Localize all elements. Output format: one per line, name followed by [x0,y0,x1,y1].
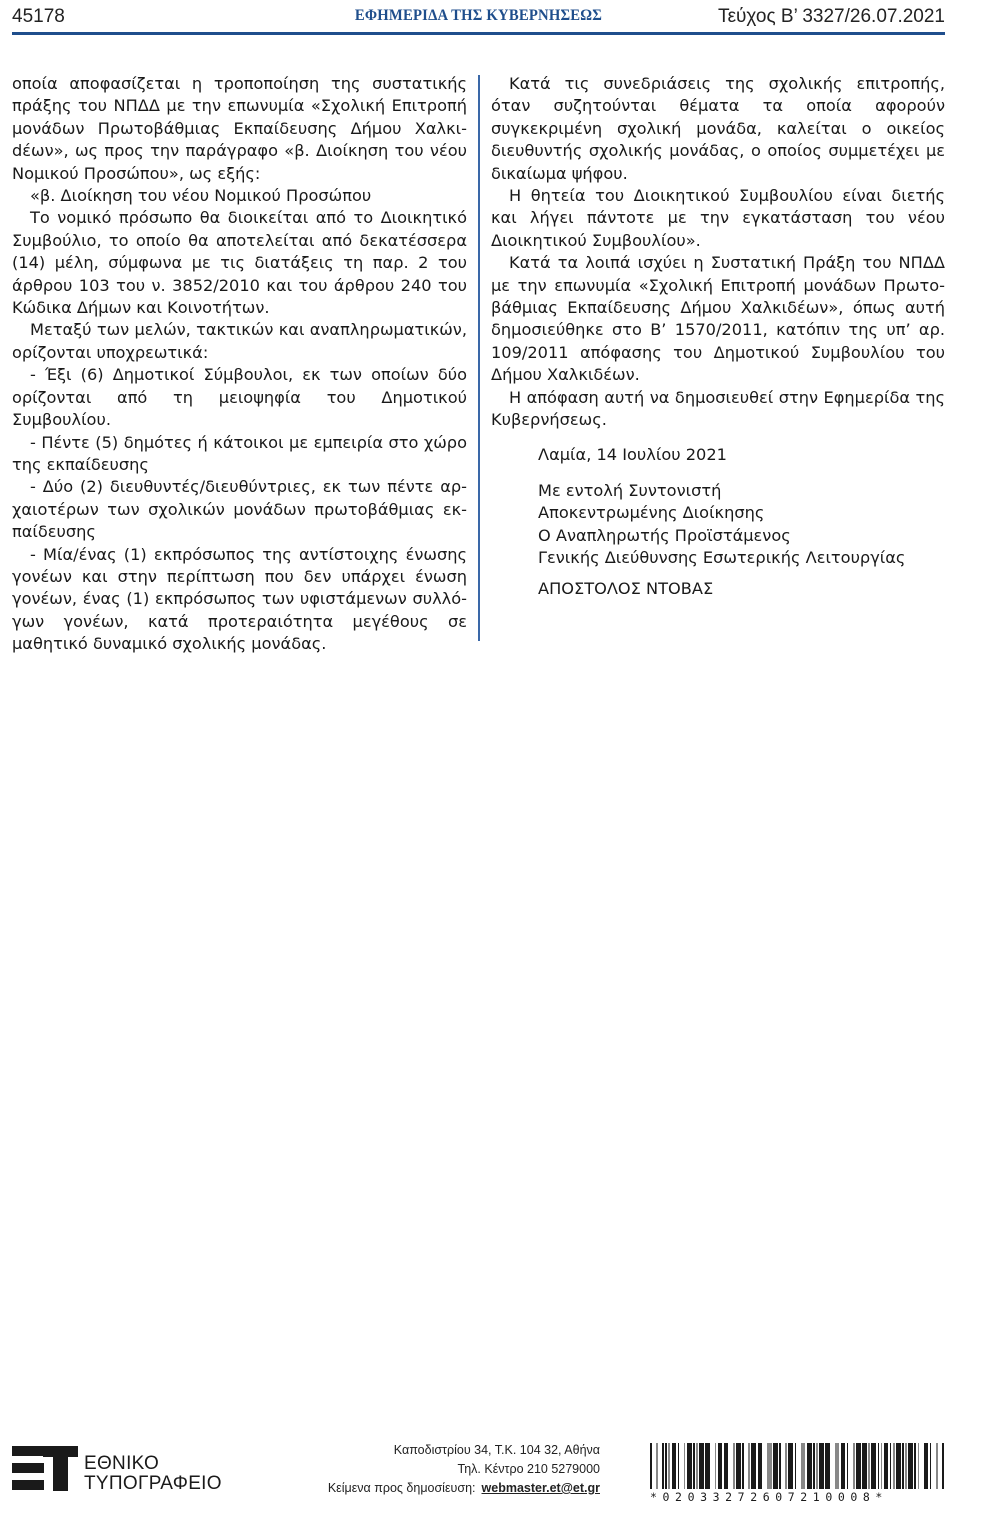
right-column: Κατά τις συνεδριάσεις της σχολικής επιτρ… [491,73,945,600]
footer-contact: Καποδιστρίου 34, Τ.Κ. 104 32, Αθήνα Τηλ.… [328,1441,600,1498]
barcode-bars-icon [650,1443,946,1489]
barcode-text: *02033272607210008* [650,1490,946,1504]
page-header: 45178 ΕΦΗΜΕΡΙΔΑ ΤΗΣ ΚΥΒΕΡΝΗΣΕΩΣ Τεύχος B… [12,0,945,36]
logo-line-1: ΕΘΝΙΚΟ [84,1454,222,1474]
paragraph: οποία αποφασίζεται η τροποποίηση της συσ… [12,73,467,185]
signature-line: Ο Αναπληρωτής Προϊστάμενος [491,525,945,547]
paragraph: Μεταξύ των μελών, τακτικών και αναπληρωμ… [12,319,467,364]
national-printing-office-logo-icon [12,1446,78,1492]
paragraph: «β. Διοίκηση του νέου Νομικού Προσώπου [12,185,467,207]
signature-line: Αποκεντρωμένης Διοίκησης [491,502,945,524]
paragraph: Κατά τις συνεδριάσεις της σχολικής επιτρ… [491,73,945,185]
paragraph: Η απόφαση αυτή να δημοσιευθεί στην Εφημε… [491,387,945,432]
paragraph: Κατά τα λοιπά ισχύει η Συστατική Πράξη τ… [491,252,945,386]
issue-number: Τεύχος B’ 3327/26.07.2021 [718,6,945,28]
list-item: - Μία/ένας (1) εκπρόσωπος της αντίστοιχη… [12,544,467,656]
paragraph: Το νομικό πρόσωπο θα διοικείται από το Δ… [12,207,467,319]
logo-text: ΕΘΝΙΚΟ ΤΥΠΟΓΡΑΦΕΙΟ [84,1454,222,1494]
logo-line-2: ΤΥΠΟΓΡΑΦΕΙΟ [84,1474,222,1494]
signature-place-date: Λαμία, 14 Ιουλίου 2021 [491,444,945,466]
signature-block: Λαμία, 14 Ιουλίου 2021 Με εντολή Συντονι… [491,444,945,600]
barcode: *02033272607210008* [650,1443,946,1503]
list-item: - Δύο (2) διευθυντές/διευθύντριες, εκ τω… [12,476,467,543]
signature-line: Με εντολή Συντονιστή [491,480,945,502]
signatory-name: ΑΠΟΣΤΟΛΟΣ ΝΤΟΒΑΣ [491,578,945,600]
list-item: - Έξι (6) Δημοτικοί Σύμβουλοι, εκ των οπ… [12,364,467,431]
column-divider [478,75,480,641]
list-item: - Πέντε (5) δημότες ή κάτοικοι με εμπειρ… [12,432,467,477]
header-rule [12,32,945,35]
submission-label: Κείμενα προς δημοσίευση: [328,1481,476,1495]
paragraph: Η θητεία του Διοικητικού Συμβουλίου είνα… [491,185,945,252]
footer-address: Καποδιστρίου 34, Τ.Κ. 104 32, Αθήνα [328,1441,600,1460]
signature-line: Γενικής Διεύθυνσης Εσωτερικής Λειτουργία… [491,547,945,569]
email-link[interactable]: webmaster.et@et.gr [482,1481,600,1495]
left-column: οποία αποφασίζεται η τροποποίηση της συσ… [12,73,467,656]
footer-phone: Τηλ. Κέντρο 210 5279000 [328,1460,600,1479]
